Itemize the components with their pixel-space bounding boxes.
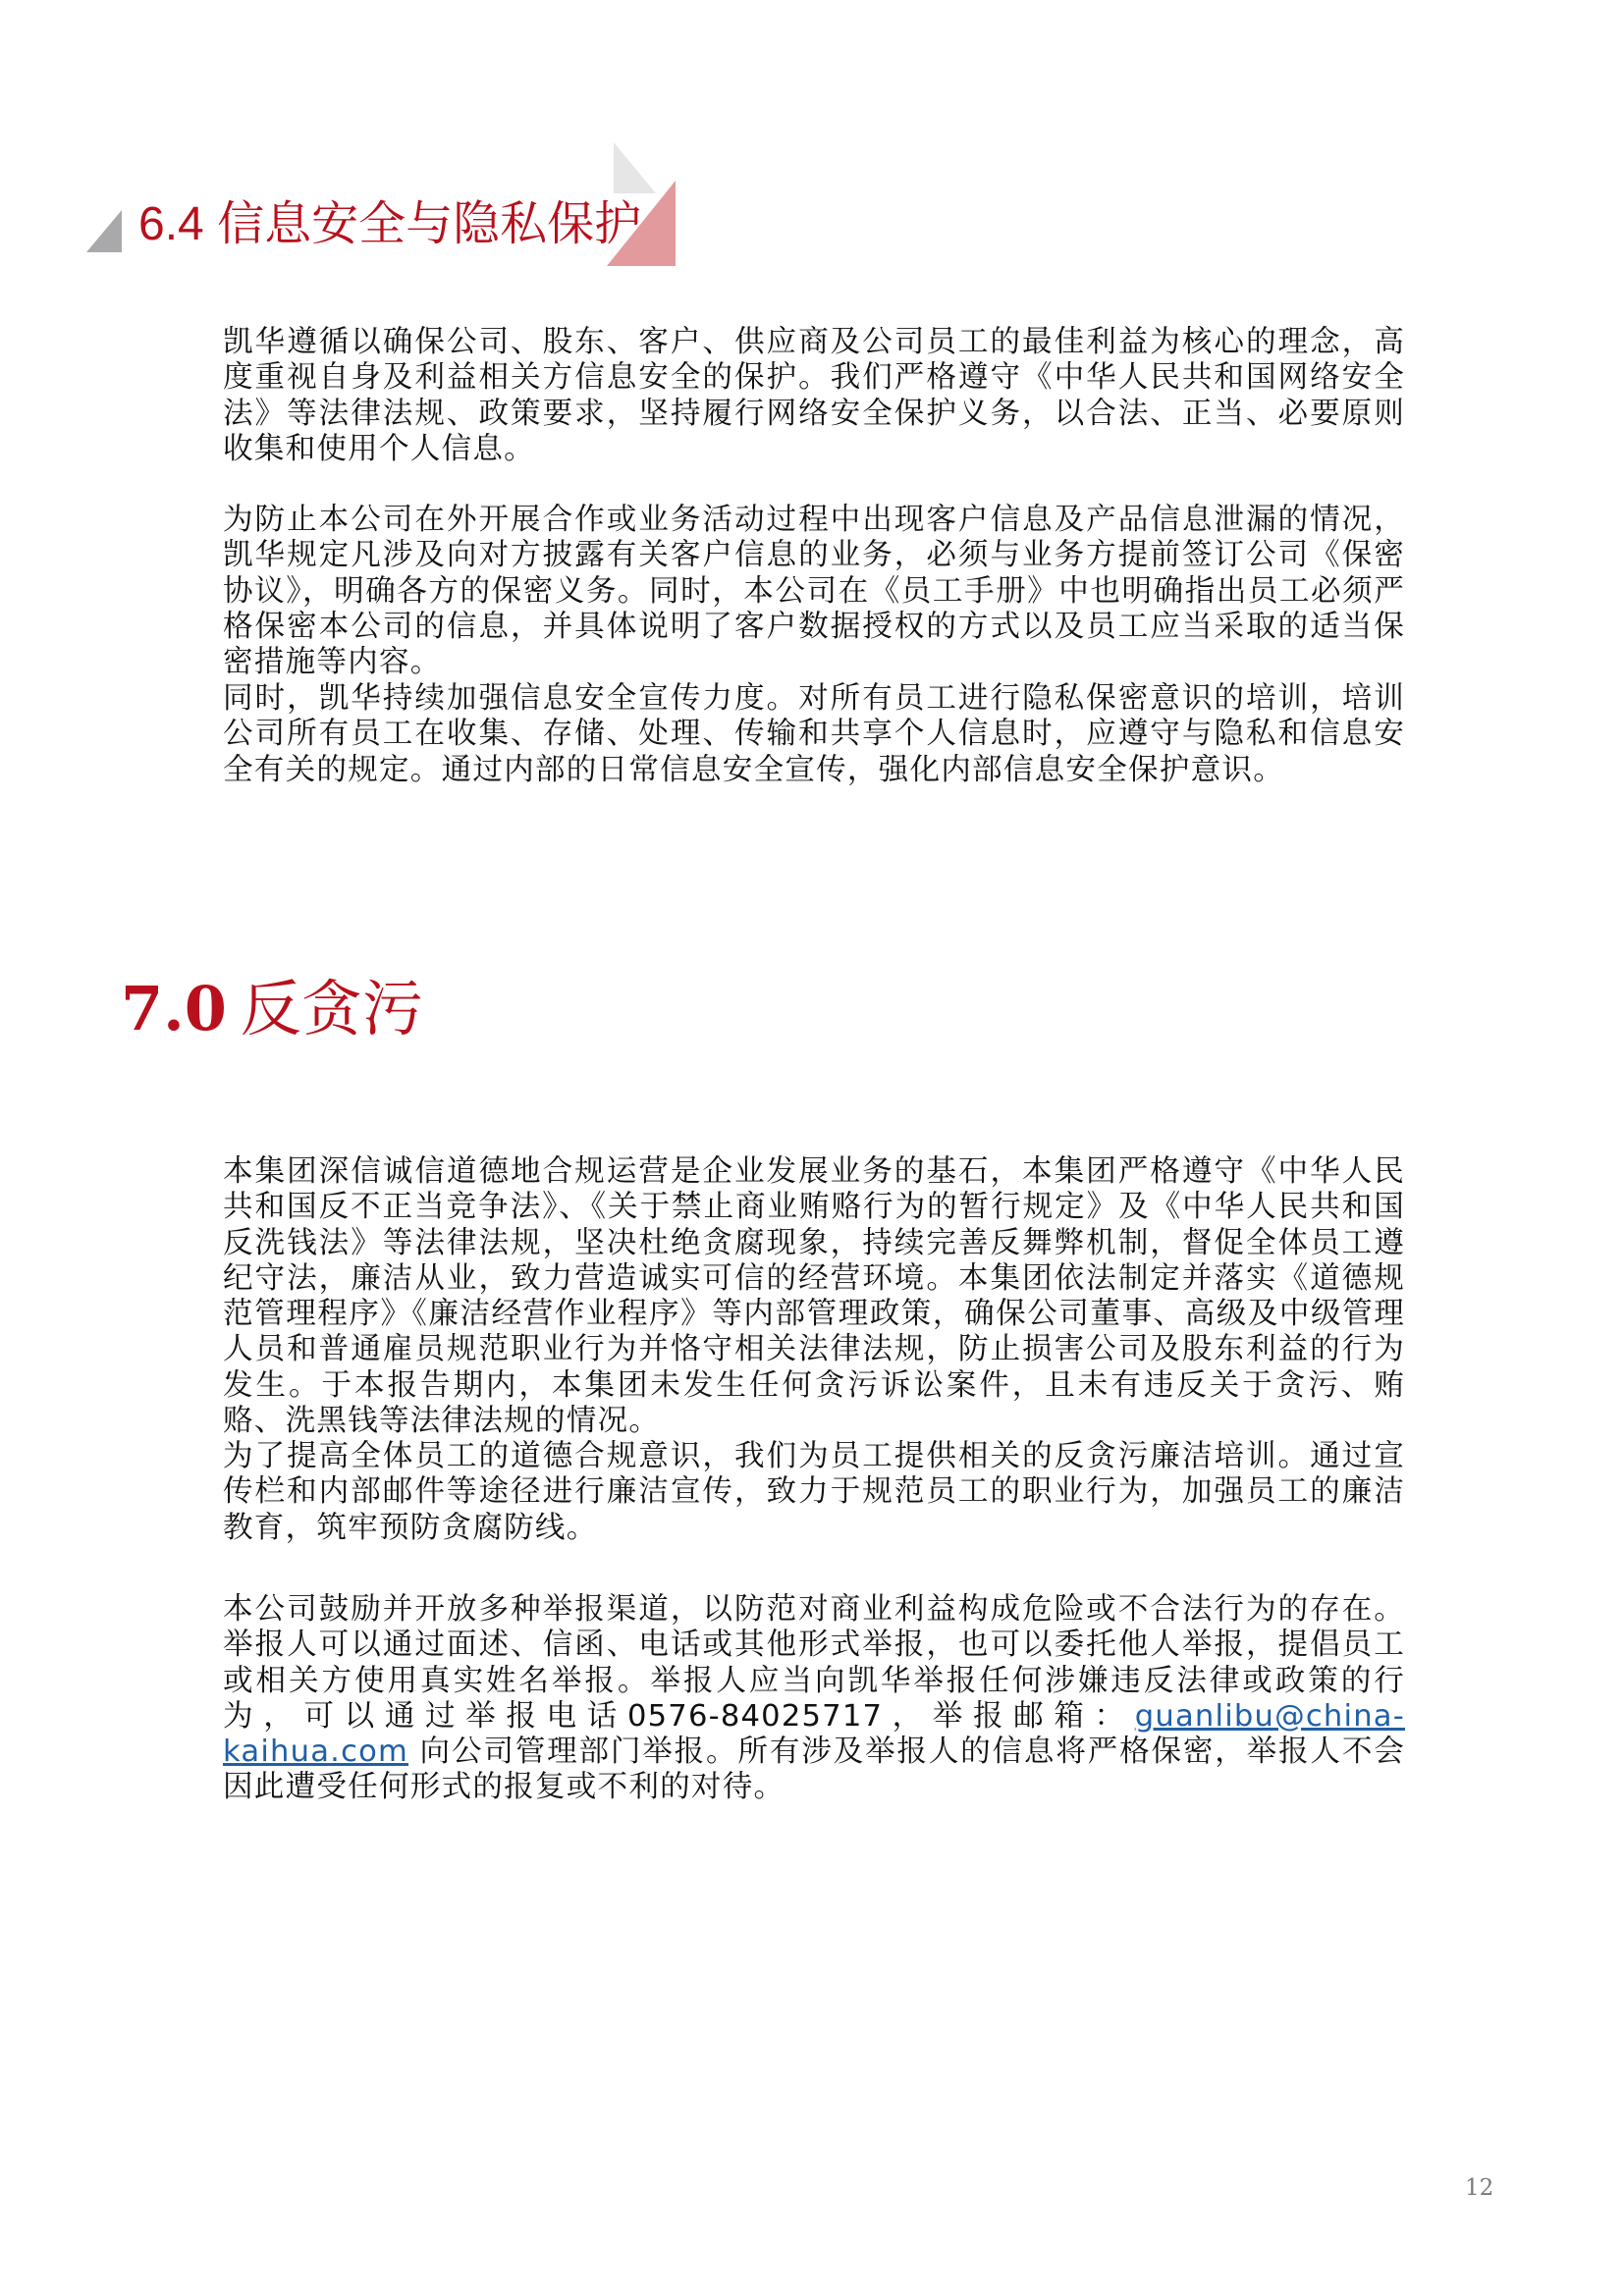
section-6-4-title: 6.4 信息安全与隐私保护 [138,192,641,257]
section-7-0-paragraph-3: 本公司鼓励并开放多种举报渠道，以防范对商业利益构成危险或不合法行为的存在。举报人… [223,1592,1405,1806]
page-number: 12 [1465,2175,1493,2201]
heading-triangle-left-icon [86,210,122,252]
section-6-4-paragraph-3: 同时，凯华持续加强信息安全宣传力度。对所有员工进行隐私保密意识的培训，培训公司所… [223,681,1405,788]
section-7-0-number: 7.0 [121,973,227,1044]
section-6-4-paragraph-2: 为防止本公司在外开展合作或业务活动过程中出现客户信息及产品信息泄漏的情况，凯华规… [223,503,1405,680]
section-7-0-heading: 7.0反贪污 [121,970,423,1048]
section-6-4-paragraph-1: 凯华遵循以确保公司、股东、客户、供应商及公司员工的最佳利益为核心的理念，高度重视… [223,325,1405,467]
section-7-0-title: 反贪污 [241,973,423,1044]
section-7-0-paragraph-1: 本集团深信诚信道德地合规运营是企业发展业务的基石，本集团严格遵守《中华人民共和国… [223,1154,1405,1439]
section-7-0-paragraph-2: 为了提高全体员工的道德合规意识，我们为员工提供相关的反贪污廉洁培训。通过宣传栏和… [223,1439,1405,1546]
